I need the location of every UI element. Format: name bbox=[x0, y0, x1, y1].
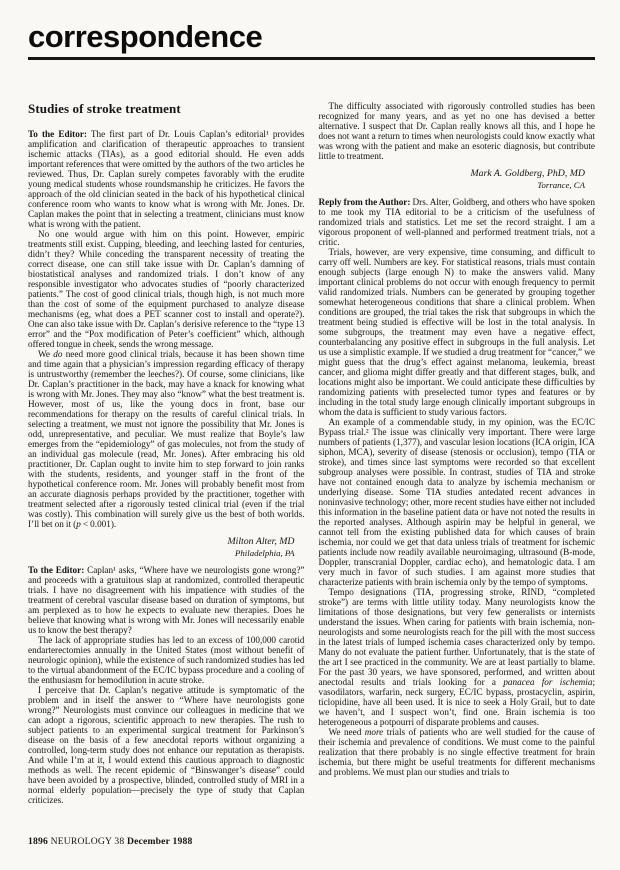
two-column-body: Studies of stroke treatment To the Edito… bbox=[28, 101, 595, 805]
footer-issue-date: December 1988 bbox=[127, 836, 193, 847]
text-segment: < 0.001). bbox=[81, 519, 116, 529]
header-rule bbox=[28, 57, 595, 60]
footer-journal-name: NEUROLOGY 38 bbox=[51, 836, 125, 847]
salutation: To the Editor: bbox=[28, 129, 87, 139]
text-segment: The first part of Dr. Louis Caplan’s edi… bbox=[28, 129, 305, 229]
footer-page-number: 1896 bbox=[28, 836, 48, 847]
paragraph: No one would argue with him on this poin… bbox=[28, 229, 305, 349]
paragraph: The lack of appropriate studies has led … bbox=[28, 635, 305, 685]
signature-block: Mark A. Goldberg, PhD, MD Torrance, CA bbox=[319, 168, 586, 191]
paragraph: The difficulty associated with rigorousl… bbox=[319, 101, 596, 161]
text-segment: Caplan¹ asks, “Where have we neurologist… bbox=[28, 565, 305, 635]
right-column: The difficulty associated with rigorousl… bbox=[319, 101, 596, 805]
paragraph: We do need more good clinical trials, be… bbox=[28, 349, 305, 529]
text-segment: need more good clinical trials, because … bbox=[28, 349, 305, 529]
journal-page: correspondence Studies of stroke treatme… bbox=[0, 0, 620, 870]
left-column: Studies of stroke treatment To the Edito… bbox=[28, 101, 305, 805]
paragraph: We need more trials of patients who are … bbox=[319, 727, 596, 777]
signature-name: Milton Alter, MD bbox=[28, 536, 295, 548]
signature-location: Torrance, CA bbox=[319, 180, 586, 191]
signature-block: Milton Alter, MD Philadelphia, PA bbox=[28, 536, 295, 559]
paragraph: An example of a commendable study, in my… bbox=[319, 417, 596, 587]
text-segment: We bbox=[38, 349, 53, 359]
text-segment: Tempo designations (TIA, progressing str… bbox=[319, 587, 596, 687]
paragraph: Tempo designations (TIA, progressing str… bbox=[319, 587, 596, 727]
signature-name: Mark A. Goldberg, PhD, MD bbox=[319, 168, 586, 180]
italic-segment: more bbox=[365, 727, 384, 737]
paragraph: I perceive that Dr. Caplan’s negative at… bbox=[28, 685, 305, 805]
paragraph: Reply from the Author: Drs. Alter, Goldb… bbox=[319, 197, 596, 247]
page-title: correspondence bbox=[28, 20, 595, 54]
salutation: To the Editor: bbox=[28, 565, 84, 575]
paragraph: Trials, however, are very expensive, tim… bbox=[319, 247, 596, 417]
italic-segment: panacea for ischemia bbox=[503, 677, 592, 687]
section-title: Studies of stroke treatment bbox=[28, 101, 305, 117]
masthead: correspondence bbox=[28, 20, 595, 60]
paragraph: To the Editor: Caplan¹ asks, “Where have… bbox=[28, 565, 305, 635]
salutation: Reply from the Author: bbox=[319, 197, 411, 207]
text-segment: We need bbox=[329, 727, 365, 737]
page-footer: 1896 NEUROLOGY 38 December 1988 bbox=[28, 836, 193, 847]
paragraph: To the Editor: The first part of Dr. Lou… bbox=[28, 129, 305, 229]
signature-location: Philadelphia, PA bbox=[28, 548, 295, 559]
